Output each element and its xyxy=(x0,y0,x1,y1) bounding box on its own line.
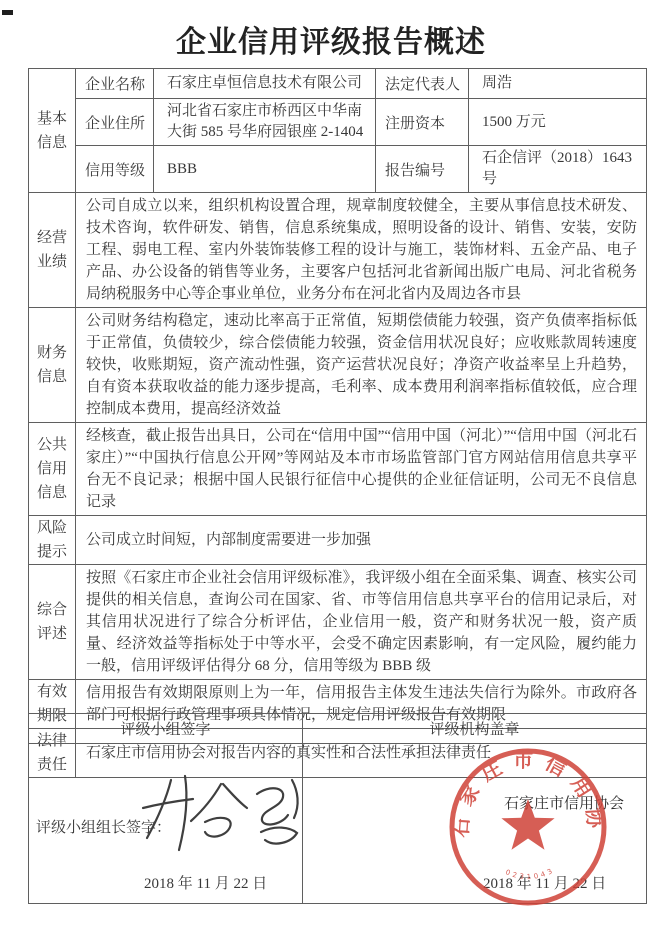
section-content-comprehensive-review: 按照《石家庄市企业社会信用评级标准》，我评级小组在全面采集、调查、核实公司提供的… xyxy=(76,565,647,680)
signature-stroke xyxy=(147,780,171,838)
seal-overlay-text: 石家庄市信用协会 xyxy=(504,792,624,813)
table-row: 风险 提示 公司成立时间短，内部制度需要进一步加强 xyxy=(29,516,647,565)
field-value-company-address: 河北省石家庄市桥西区中华南大街 585 号华府园银座 2-1404 xyxy=(154,99,376,146)
signature-stroke xyxy=(223,784,247,808)
section-label-business-performance: 经营 业绩 xyxy=(29,193,76,308)
page-title: 企业信用评级报告概述 xyxy=(0,17,662,61)
scan-artifact xyxy=(2,10,13,15)
table-row: 评级小组组长签字： 2018 年 11 月 22 日 xyxy=(29,744,647,904)
signature-stroke xyxy=(191,784,221,821)
team-signature-cell: 评级小组组长签字： 2018 年 11 月 22 日 xyxy=(29,744,303,904)
field-label-legal-representative: 法定代表人 xyxy=(376,69,469,99)
sign-header-agency-seal: 评级机构盖章 xyxy=(303,714,647,744)
field-label-company-name: 企业名称 xyxy=(76,69,154,99)
field-value-credit-rating: BBB xyxy=(154,146,376,193)
section-content-risk-warning: 公司成立时间短，内部制度需要进一步加强 xyxy=(76,516,647,565)
table-row: 经营 业绩 公司自成立以来，组织机构设置合理，规章制度较健全，主要从事信息技术研… xyxy=(29,193,647,308)
section-label-comprehensive-review: 综合 评述 xyxy=(29,565,76,680)
table-row: 企业住所 河北省石家庄市桥西区中华南大街 585 号华府园银座 2-1404 注… xyxy=(29,99,647,146)
team-signature-date: 2018 年 11 月 22 日 xyxy=(144,872,267,893)
signature-stroke xyxy=(257,788,288,824)
field-value-legal-representative: 周浩 xyxy=(469,69,647,99)
seal-ring-text: 石家庄市信用协会 xyxy=(443,742,608,839)
section-content-public-credit-info: 经核查，截止报告出具日，公司在“信用中国”“信用中国（河北）”“信用中国（河北石… xyxy=(76,423,647,516)
section-content-business-performance: 公司自成立以来，组织机构设置合理，规章制度较健全，主要从事信息技术研发、技术咨询… xyxy=(76,193,647,308)
svg-text:石家庄市信用协会: 石家庄市信用协会 xyxy=(443,742,608,839)
signature-stroke xyxy=(292,780,298,818)
field-value-report-number: 石企信评（2018）1643 号 xyxy=(469,146,647,193)
agency-seal-cell: 石家庄市信用协会 2018 年 11 月 22 日 石家庄市信用协会 xyxy=(303,744,647,904)
signature-stroke xyxy=(261,828,297,844)
leader-handwritten-signature xyxy=(141,774,309,856)
field-value-company-name: 石家庄卓恒信息技术有限公司 xyxy=(154,69,376,99)
signature-stroke xyxy=(179,776,186,850)
table-row: 基本 信息 企业名称 石家庄卓恒信息技术有限公司 法定代表人 周浩 xyxy=(29,69,647,99)
section-label-financial-info: 财务 信息 xyxy=(29,308,76,423)
document-page: 企业信用评级报告概述 基本 信息 企业名称 石家庄卓恒信息技术有限公司 法定代表… xyxy=(0,0,662,933)
field-value-registered-capital: 1500 万元 xyxy=(469,99,647,146)
table-row: 公共 信用 信息 经核查，截止报告出具日，公司在“信用中国”“信用中国（河北）”… xyxy=(29,423,647,516)
table-row: 评级小组签字 评级机构盖章 xyxy=(29,714,647,744)
table-row: 信用等级 BBB 报告编号 石企信评（2018）1643 号 xyxy=(29,146,647,193)
report-table: 基本 信息 企业名称 石家庄卓恒信息技术有限公司 法定代表人 周浩 企业住所 河… xyxy=(28,68,647,778)
section-label-risk-warning: 风险 提示 xyxy=(29,516,76,565)
section-label-basic-info: 基本 信息 xyxy=(29,69,76,193)
section-label-public-credit-info: 公共 信用 信息 xyxy=(29,423,76,516)
table-row: 财务 信息 公司财务结构稳定，速动比率高于正常值，短期偿债能力较强，资产负债率指… xyxy=(29,308,647,423)
table-row: 综合 评述 按照《石家庄市企业社会信用评级标准》，我评级小组在全面采集、调查、核… xyxy=(29,565,647,680)
field-label-company-address: 企业住所 xyxy=(76,99,154,146)
signoff-table: 评级小组签字 评级机构盖章 评级小组组长签字： xyxy=(28,713,647,904)
field-label-registered-capital: 注册资本 xyxy=(376,99,469,146)
signature-stroke xyxy=(205,818,231,837)
sign-header-team-signature: 评级小组签字 xyxy=(29,714,303,744)
field-label-report-number: 报告编号 xyxy=(376,146,469,193)
section-content-financial-info: 公司财务结构稳定，速动比率高于正常值，短期偿债能力较强，资产负债率指标低于正常值… xyxy=(76,308,647,423)
agency-seal-date: 2018 年 11 月 22 日 xyxy=(483,872,606,893)
field-label-credit-rating: 信用等级 xyxy=(76,146,154,193)
